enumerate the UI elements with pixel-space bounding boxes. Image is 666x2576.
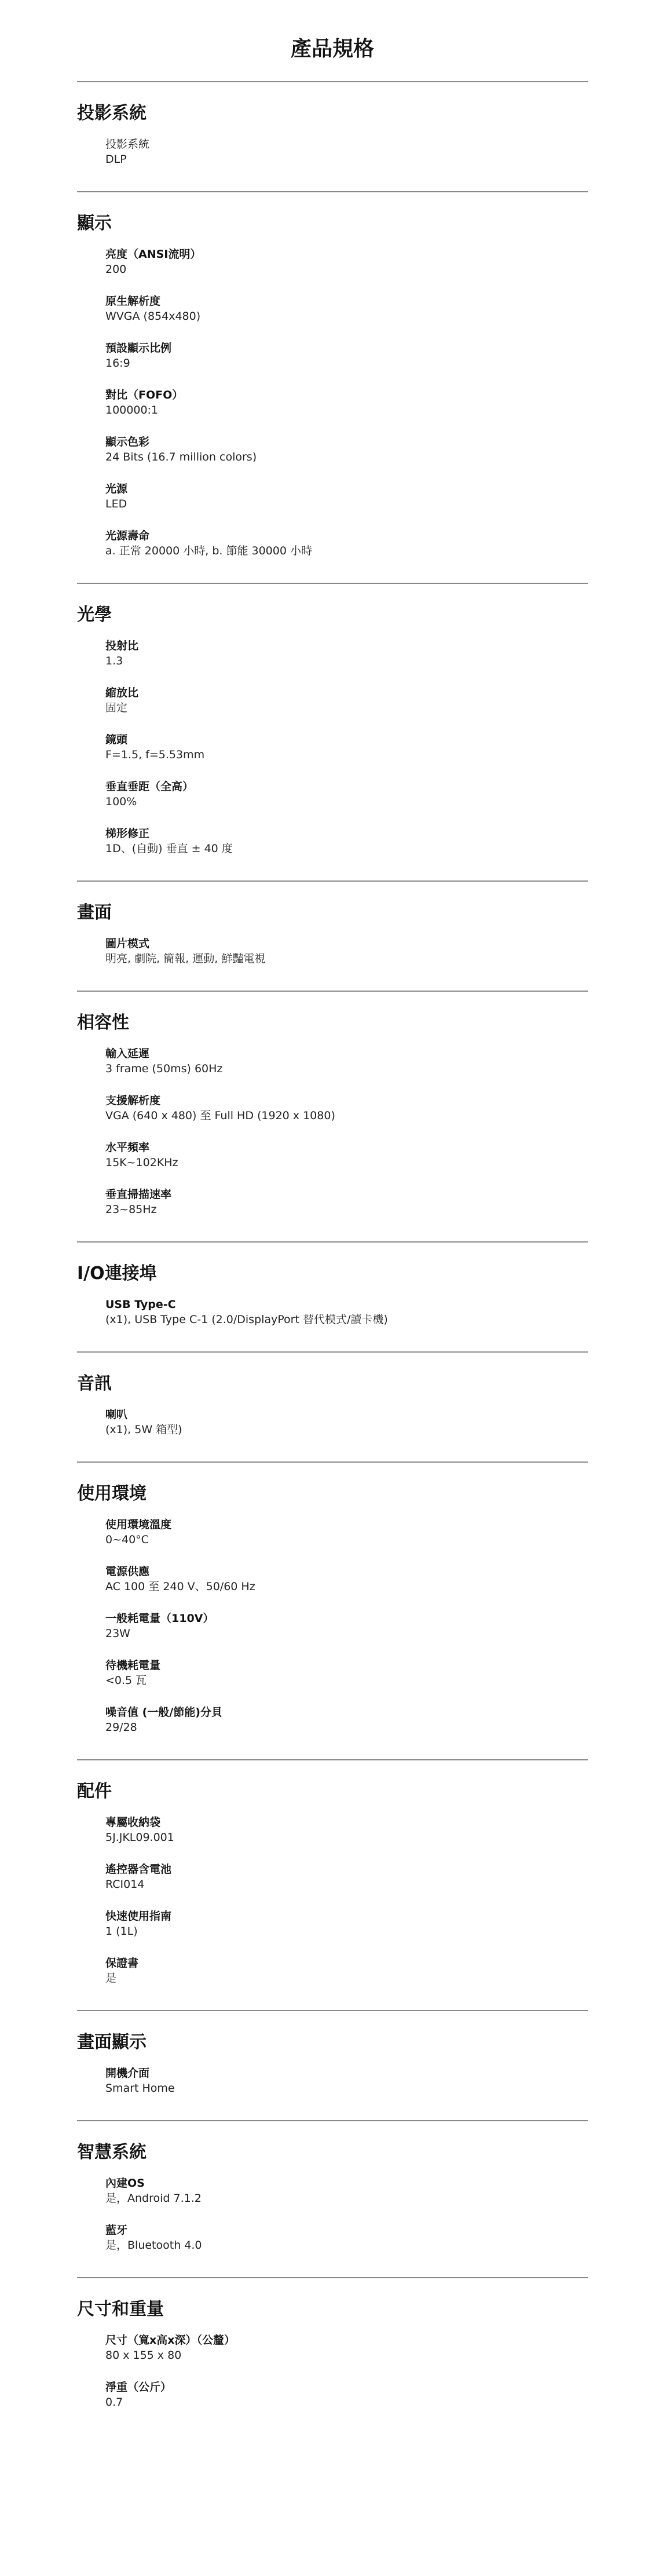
spec-item: 一般耗電量（110V） 23W [105, 1611, 588, 1641]
spec-item: 內建OS 是，Android 7.1.2 [105, 2176, 588, 2206]
spec-section-9: 畫面顯示 開機介面 Smart Home [77, 2011, 588, 2121]
spec-value: 1D、(自動) 垂直 ± 40 度 [105, 841, 588, 856]
spec-section-6: 音訊 喇叭 (x1), 5W 箱型) [77, 1353, 588, 1463]
spec-label: 投影系統 [105, 137, 588, 152]
spec-value: LED [105, 496, 588, 511]
spec-item: 光源壽命 a. 正常 20000 小時, b. 節能 30000 小時 [105, 528, 588, 558]
spec-value: 23~85Hz [105, 1202, 588, 1217]
spec-section-0: 投影系統 投影系統 DLP [77, 82, 588, 192]
spec-value: WVGA (854x480) [105, 309, 588, 324]
spec-value: F=1.5, f=5.53mm [105, 747, 588, 762]
spec-item: 專屬收納袋 5J.JKL09.001 [105, 1815, 588, 1845]
spec-list: 圖片模式 明亮, 劇院, 簡報, 運動, 鮮豔電視 [77, 936, 588, 966]
spec-label: 亮度（ANSI流明） [105, 247, 588, 262]
spec-label: 藍牙 [105, 2223, 588, 2238]
spec-item: 鏡頭 F=1.5, f=5.53mm [105, 732, 588, 762]
spec-value: VGA (640 x 480) 至 Full HD (1920 x 1080) [105, 1108, 588, 1123]
spec-label: 電源供應 [105, 1564, 588, 1579]
section-title: 音訊 [77, 1372, 588, 1395]
section-title: 相容性 [77, 1011, 588, 1035]
spec-value: a. 正常 20000 小時, b. 節能 30000 小時 [105, 543, 588, 558]
spec-item: 圖片模式 明亮, 劇院, 簡報, 運動, 鮮豔電視 [105, 936, 588, 966]
spec-value: 是，Android 7.1.2 [105, 2191, 588, 2206]
spec-label: 對比（FOFO） [105, 388, 588, 403]
section-title: 投影系統 [77, 102, 588, 125]
section-title: 顯示 [77, 212, 588, 235]
spec-value: 1 (1L) [105, 1924, 588, 1939]
spec-item: 使用環境溫度 0~40°C [105, 1517, 588, 1547]
spec-value: RCI014 [105, 1877, 588, 1892]
spec-value: 是，Bluetooth 4.0 [105, 2238, 588, 2253]
spec-value: 80 x 155 x 80 [105, 2348, 588, 2363]
spec-item: 原生解析度 WVGA (854x480) [105, 294, 588, 324]
section-title: 畫面 [77, 901, 588, 925]
spec-value: 23W [105, 1626, 588, 1641]
spec-value: <0.5 瓦 [105, 1673, 588, 1688]
spec-label: 支援解析度 [105, 1093, 588, 1108]
spec-item: 投射比 1.3 [105, 638, 588, 668]
spec-label: USB Type-C [105, 1297, 588, 1312]
spec-label: 縮放比 [105, 685, 588, 700]
spec-item: 投影系統 DLP [105, 137, 588, 167]
spec-label: 遙控器含電池 [105, 1862, 588, 1877]
spec-list: 亮度（ANSI流明） 200 原生解析度 WVGA (854x480) 預設顯示… [77, 247, 588, 558]
spec-label: 使用環境溫度 [105, 1517, 588, 1532]
section-title: 尺寸和重量 [77, 2298, 588, 2321]
spec-list: 內建OS 是，Android 7.1.2 藍牙 是，Bluetooth 4.0 [77, 2176, 588, 2253]
spec-value: (x1), 5W 箱型) [105, 1422, 588, 1437]
spec-item: 喇叭 (x1), 5W 箱型) [105, 1407, 588, 1437]
spec-label: 一般耗電量（110V） [105, 1611, 588, 1626]
spec-item: 亮度（ANSI流明） 200 [105, 247, 588, 277]
spec-label: 圖片模式 [105, 936, 588, 951]
spec-value: AC 100 至 240 V、50/60 Hz [105, 1579, 588, 1594]
section-title: 光學 [77, 604, 588, 627]
spec-section-5: I/O連接埠 USB Type-C (x1), USB Type C-1 (2.… [77, 1243, 588, 1353]
spec-label: 鏡頭 [105, 732, 588, 747]
spec-value: 16:9 [105, 356, 588, 371]
spec-page: 產品規格 投影系統 投影系統 DLP 顯示 亮度（ANSI流明） 200 原生解… [77, 0, 588, 2469]
section-title: 配件 [77, 1780, 588, 1803]
spec-label: 尺寸（寬x高x深）（公釐） [105, 2333, 588, 2348]
spec-label: 專屬收納袋 [105, 1815, 588, 1830]
spec-section-1: 顯示 亮度（ANSI流明） 200 原生解析度 WVGA (854x480) 預… [77, 192, 588, 584]
spec-value: DLP [105, 152, 588, 167]
spec-section-8: 配件 專屬收納袋 5J.JKL09.001 遙控器含電池 RCI014 快速使用… [77, 1760, 588, 2011]
spec-label: 輸入延遲 [105, 1046, 588, 1061]
spec-item: 淨重（公斤） 0.7 [105, 2380, 588, 2410]
spec-section-2: 光學 投射比 1.3 縮放比 固定 鏡頭 F=1.5, f=5.53mm 垂直垂… [77, 584, 588, 882]
spec-item: 遙控器含電池 RCI014 [105, 1862, 588, 1892]
spec-item: 輸入延遲 3 frame (50ms) 60Hz [105, 1046, 588, 1076]
spec-list: 尺寸（寬x高x深）（公釐） 80 x 155 x 80 淨重（公斤） 0.7 [77, 2333, 588, 2410]
spec-label: 淨重（公斤） [105, 2380, 588, 2395]
spec-label: 保證書 [105, 1956, 588, 1971]
section-title: I/O連接埠 [77, 1262, 588, 1285]
spec-label: 梯形修正 [105, 826, 588, 841]
spec-list: USB Type-C (x1), USB Type C-1 (2.0/Displ… [77, 1297, 588, 1327]
spec-list: 開機介面 Smart Home [77, 2066, 588, 2096]
spec-section-7: 使用環境 使用環境溫度 0~40°C 電源供應 AC 100 至 240 V、5… [77, 1463, 588, 1760]
spec-label: 待機耗電量 [105, 1658, 588, 1673]
spec-list: 專屬收納袋 5J.JKL09.001 遙控器含電池 RCI014 快速使用指南 … [77, 1815, 588, 1986]
spec-item: 光源 LED [105, 481, 588, 511]
spec-label: 快速使用指南 [105, 1909, 588, 1924]
spec-label: 顯示色彩 [105, 434, 588, 450]
spec-list: 喇叭 (x1), 5W 箱型) [77, 1407, 588, 1437]
spec-label: 垂直掃描速率 [105, 1187, 588, 1202]
spec-item: 梯形修正 1D、(自動) 垂直 ± 40 度 [105, 826, 588, 856]
spec-list: 使用環境溫度 0~40°C 電源供應 AC 100 至 240 V、50/60 … [77, 1517, 588, 1735]
spec-section-10: 智慧系統 內建OS 是，Android 7.1.2 藍牙 是，Bluetooth… [77, 2121, 588, 2278]
spec-item: 水平頻率 15K~102KHz [105, 1140, 588, 1170]
spec-item: 支援解析度 VGA (640 x 480) 至 Full HD (1920 x … [105, 1093, 588, 1123]
spec-value: 固定 [105, 700, 588, 715]
spec-item: 縮放比 固定 [105, 685, 588, 715]
spec-label: 水平頻率 [105, 1140, 588, 1155]
spec-label: 光源 [105, 481, 588, 496]
spec-list: 輸入延遲 3 frame (50ms) 60Hz 支援解析度 VGA (640 … [77, 1046, 588, 1217]
page-title: 產品規格 [77, 34, 588, 82]
spec-value: 3 frame (50ms) 60Hz [105, 1061, 588, 1076]
spec-item: 快速使用指南 1 (1L) [105, 1909, 588, 1939]
spec-label: 預設顯示比例 [105, 341, 588, 356]
spec-list: 投影系統 DLP [77, 137, 588, 167]
spec-label: 投射比 [105, 638, 588, 653]
spec-value: 1.3 [105, 653, 588, 668]
spec-item: 垂直垂距（全高） 100% [105, 779, 588, 809]
spec-item: 顯示色彩 24 Bits (16.7 million colors) [105, 434, 588, 465]
spec-value: 100% [105, 794, 588, 809]
spec-item: 對比（FOFO） 100000:1 [105, 388, 588, 418]
spec-section-3: 畫面 圖片模式 明亮, 劇院, 簡報, 運動, 鮮豔電視 [77, 882, 588, 992]
spec-list: 投射比 1.3 縮放比 固定 鏡頭 F=1.5, f=5.53mm 垂直垂距（全… [77, 638, 588, 856]
section-title: 智慧系統 [77, 2141, 588, 2164]
spec-item: 藍牙 是，Bluetooth 4.0 [105, 2223, 588, 2253]
spec-value: 29/28 [105, 1720, 588, 1735]
spec-value: 明亮, 劇院, 簡報, 運動, 鮮豔電視 [105, 951, 588, 966]
spec-label: 垂直垂距（全高） [105, 779, 588, 794]
spec-value: 5J.JKL09.001 [105, 1830, 588, 1845]
spec-item: 電源供應 AC 100 至 240 V、50/60 Hz [105, 1564, 588, 1594]
spec-section-4: 相容性 輸入延遲 3 frame (50ms) 60Hz 支援解析度 VGA (… [77, 992, 588, 1243]
spec-value: 15K~102KHz [105, 1155, 588, 1170]
spec-item: 保證書 是 [105, 1956, 588, 1986]
spec-label: 噪音值 (一般/節能)分貝 [105, 1705, 588, 1720]
section-title: 使用環境 [77, 1482, 588, 1506]
spec-value: Smart Home [105, 2081, 588, 2096]
section-title: 畫面顯示 [77, 2031, 588, 2054]
spec-label: 喇叭 [105, 1407, 588, 1422]
spec-item: 預設顯示比例 16:9 [105, 341, 588, 371]
spec-value: 24 Bits (16.7 million colors) [105, 450, 588, 465]
spec-label: 光源壽命 [105, 528, 588, 543]
spec-item: 噪音值 (一般/節能)分貝 29/28 [105, 1705, 588, 1735]
spec-item: USB Type-C (x1), USB Type C-1 (2.0/Displ… [105, 1297, 588, 1327]
spec-item: 尺寸（寬x高x深）（公釐） 80 x 155 x 80 [105, 2333, 588, 2363]
spec-value: 200 [105, 262, 588, 277]
spec-value: (x1), USB Type C-1 (2.0/DisplayPort 替代模式… [105, 1312, 588, 1327]
spec-item: 開機介面 Smart Home [105, 2066, 588, 2096]
spec-item: 垂直掃描速率 23~85Hz [105, 1187, 588, 1217]
spec-section-11: 尺寸和重量 尺寸（寬x高x深）（公釐） 80 x 155 x 80 淨重（公斤）… [77, 2278, 588, 2434]
spec-label: 開機介面 [105, 2066, 588, 2081]
spec-value: 0.7 [105, 2395, 588, 2410]
spec-sections: 投影系統 投影系統 DLP 顯示 亮度（ANSI流明） 200 原生解析度 WV… [77, 82, 588, 2434]
spec-value: 是 [105, 1971, 588, 1986]
spec-label: 內建OS [105, 2176, 588, 2191]
spec-value: 100000:1 [105, 403, 588, 418]
spec-item: 待機耗電量 <0.5 瓦 [105, 1658, 588, 1688]
spec-value: 0~40°C [105, 1532, 588, 1547]
spec-label: 原生解析度 [105, 294, 588, 309]
